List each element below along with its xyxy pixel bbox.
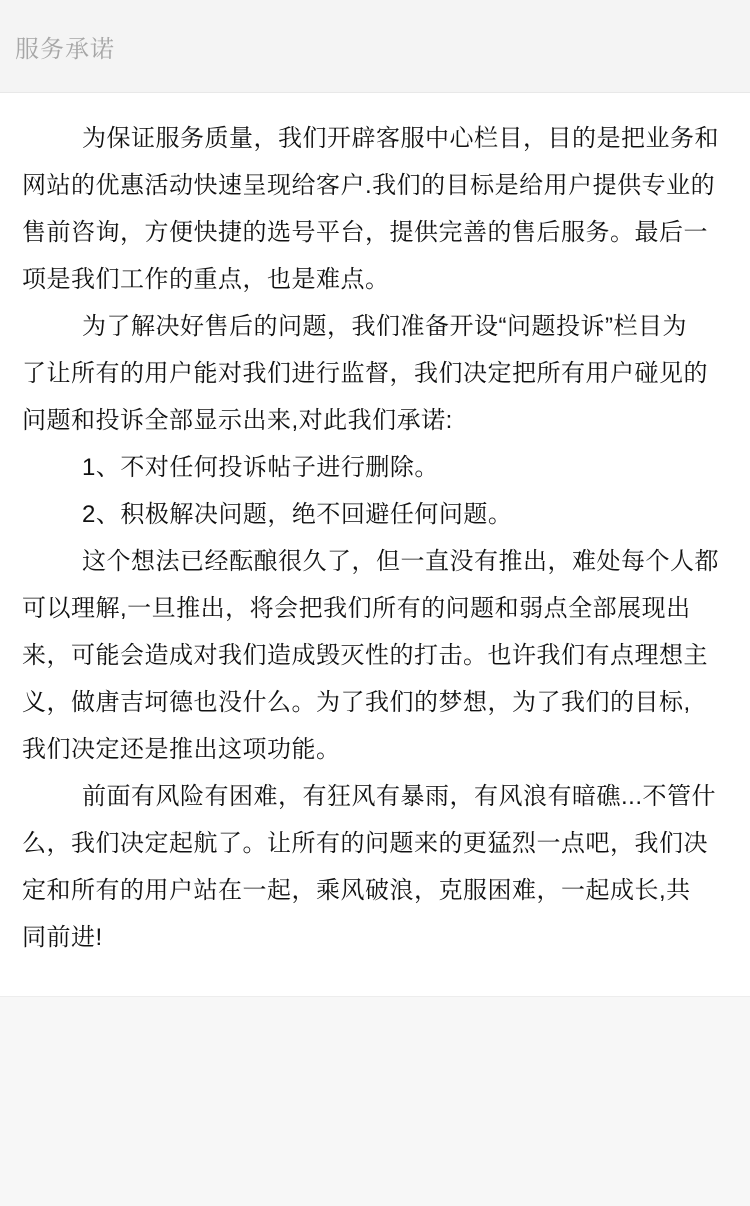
text-line: 可以理解,一旦推出，将会把我们所有的问题和弱点全部展现出 (22, 585, 728, 632)
text-line: 了让所有的用户能对我们进行监督，我们决定把所有用户碰见的 (22, 350, 728, 397)
text-line: 网站的优惠活动快速呈现给客户.我们的目标是给用户提供专业的 (22, 162, 728, 209)
text-line: 么，我们决定起航了。让所有的问题来的更猛烈一点吧，我们决 (22, 820, 728, 867)
page-title: 服务承诺 (15, 29, 115, 64)
text-line: 我们决定还是推出这项功能。 (22, 726, 728, 773)
text-line: 售前咨询，方便快捷的选号平台，提供完善的售后服务。最后一 (22, 209, 728, 256)
text-line: 前面有风险有困难，有狂风有暴雨，有风浪有暗礁...不管什 (22, 773, 728, 820)
footer-spacer (0, 996, 750, 1206)
page-header: 服务承诺 (0, 0, 750, 93)
text-line: 来，可能会造成对我们造成毁灭性的打击。也许我们有点理想主 (22, 632, 728, 679)
text-line: 定和所有的用户站在一起，乘风破浪，克服困难，一起成长,共 (22, 867, 728, 914)
page: 服务承诺 为保证服务质量，我们开辟客服中心栏目，目的是把业务和网站的优惠活动快速… (0, 0, 750, 1206)
text-line: 为保证服务质量，我们开辟客服中心栏目，目的是把业务和 (22, 115, 728, 162)
text-line: 同前进! (22, 914, 728, 961)
text-line: 义，做唐吉坷德也没什么。为了我们的梦想，为了我们的目标, (22, 679, 728, 726)
text-line: 项是我们工作的重点，也是难点。 (22, 256, 728, 303)
text-line: 为了解决好售后的问题，我们准备开设“问题投诉”栏目为 (22, 303, 728, 350)
text-line: 2、积极解决问题，绝不回避任何问题。 (22, 491, 728, 538)
text-line: 1、不对任何投诉帖子进行删除。 (22, 444, 728, 491)
article-body: 为保证服务质量，我们开辟客服中心栏目，目的是把业务和网站的优惠活动快速呈现给客户… (0, 93, 750, 996)
text-line: 这个想法已经酝酿很久了，但一直没有推出，难处每个人都 (22, 538, 728, 585)
text-line: 问题和投诉全部显示出来,对此我们承诺: (22, 397, 728, 444)
